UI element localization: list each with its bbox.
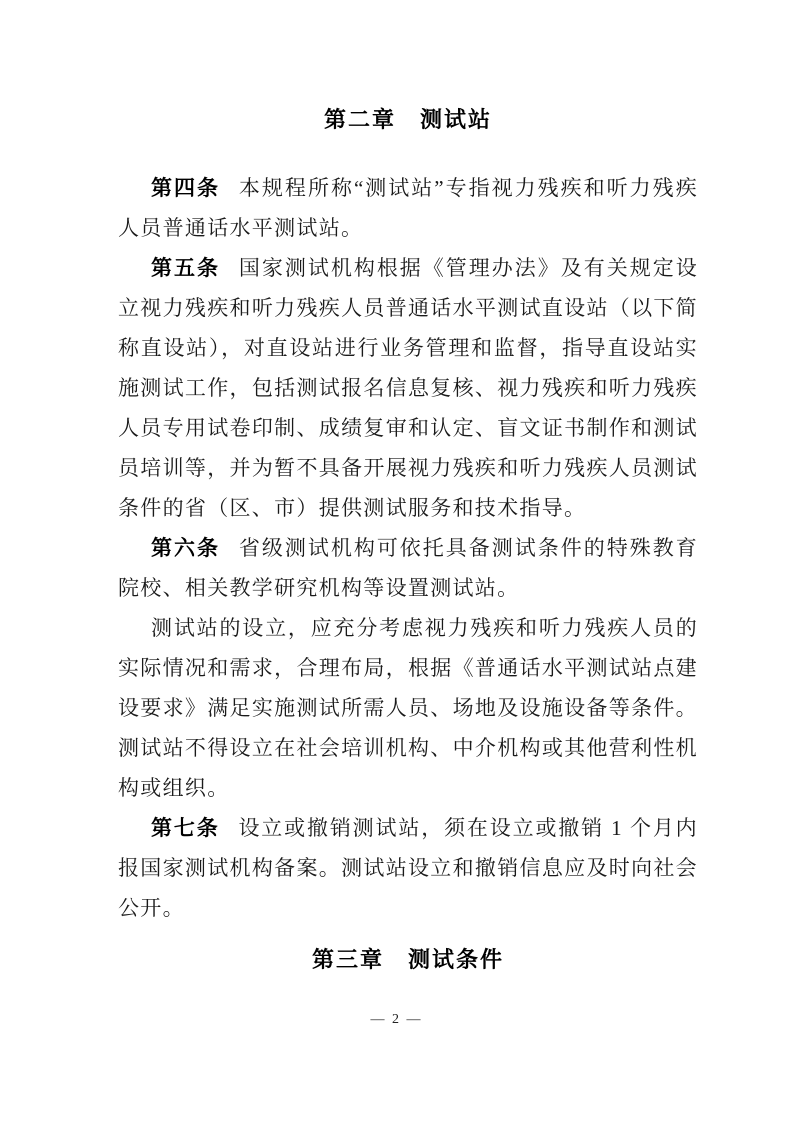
- article-5-text: 国家测试机构根据《管理办法》及有关规定设立视力残疾和听力残疾人员普通话水平测试直…: [118, 256, 698, 520]
- article-7-label: 第七条: [151, 816, 220, 840]
- article-5-label: 第五条: [151, 256, 220, 280]
- article-4-label: 第四条: [151, 176, 220, 200]
- article-7-paragraph: 第七条设立或撤销测试站，须在设立或撤销 1 个月内报国家测试机构备案。测试站设立…: [118, 808, 698, 928]
- document-page: 第二章 测试站 第四条本规程所称“测试站”专指视力残疾和听力残疾人员普通话水平测…: [0, 0, 793, 1122]
- article-6-continuation-text: 测试站的设立，应充分考虑视力残疾和听力残疾人员的实际情况和需求，合理布局，根据《…: [118, 616, 698, 800]
- chapter-heading-third: 第三章 测试条件: [118, 944, 698, 976]
- document-content: 第二章 测试站 第四条本规程所称“测试站”专指视力残疾和听力残疾人员普通话水平测…: [118, 104, 698, 976]
- chapter-heading-second: 第二章 测试站: [118, 104, 698, 136]
- page-number: — 2 —: [0, 1012, 793, 1028]
- article-6-paragraph: 第六条省级测试机构可依托具备测试条件的特殊教育院校、相关教学研究机构等设置测试站…: [118, 528, 698, 608]
- article-4-paragraph: 第四条本规程所称“测试站”专指视力残疾和听力残疾人员普通话水平测试站。: [118, 168, 698, 248]
- article-5-paragraph: 第五条国家测试机构根据《管理办法》及有关规定设立视力残疾和听力残疾人员普通话水平…: [118, 248, 698, 528]
- article-6-label: 第六条: [151, 536, 220, 560]
- article-6-continuation-paragraph: 测试站的设立，应充分考虑视力残疾和听力残疾人员的实际情况和需求，合理布局，根据《…: [118, 608, 698, 808]
